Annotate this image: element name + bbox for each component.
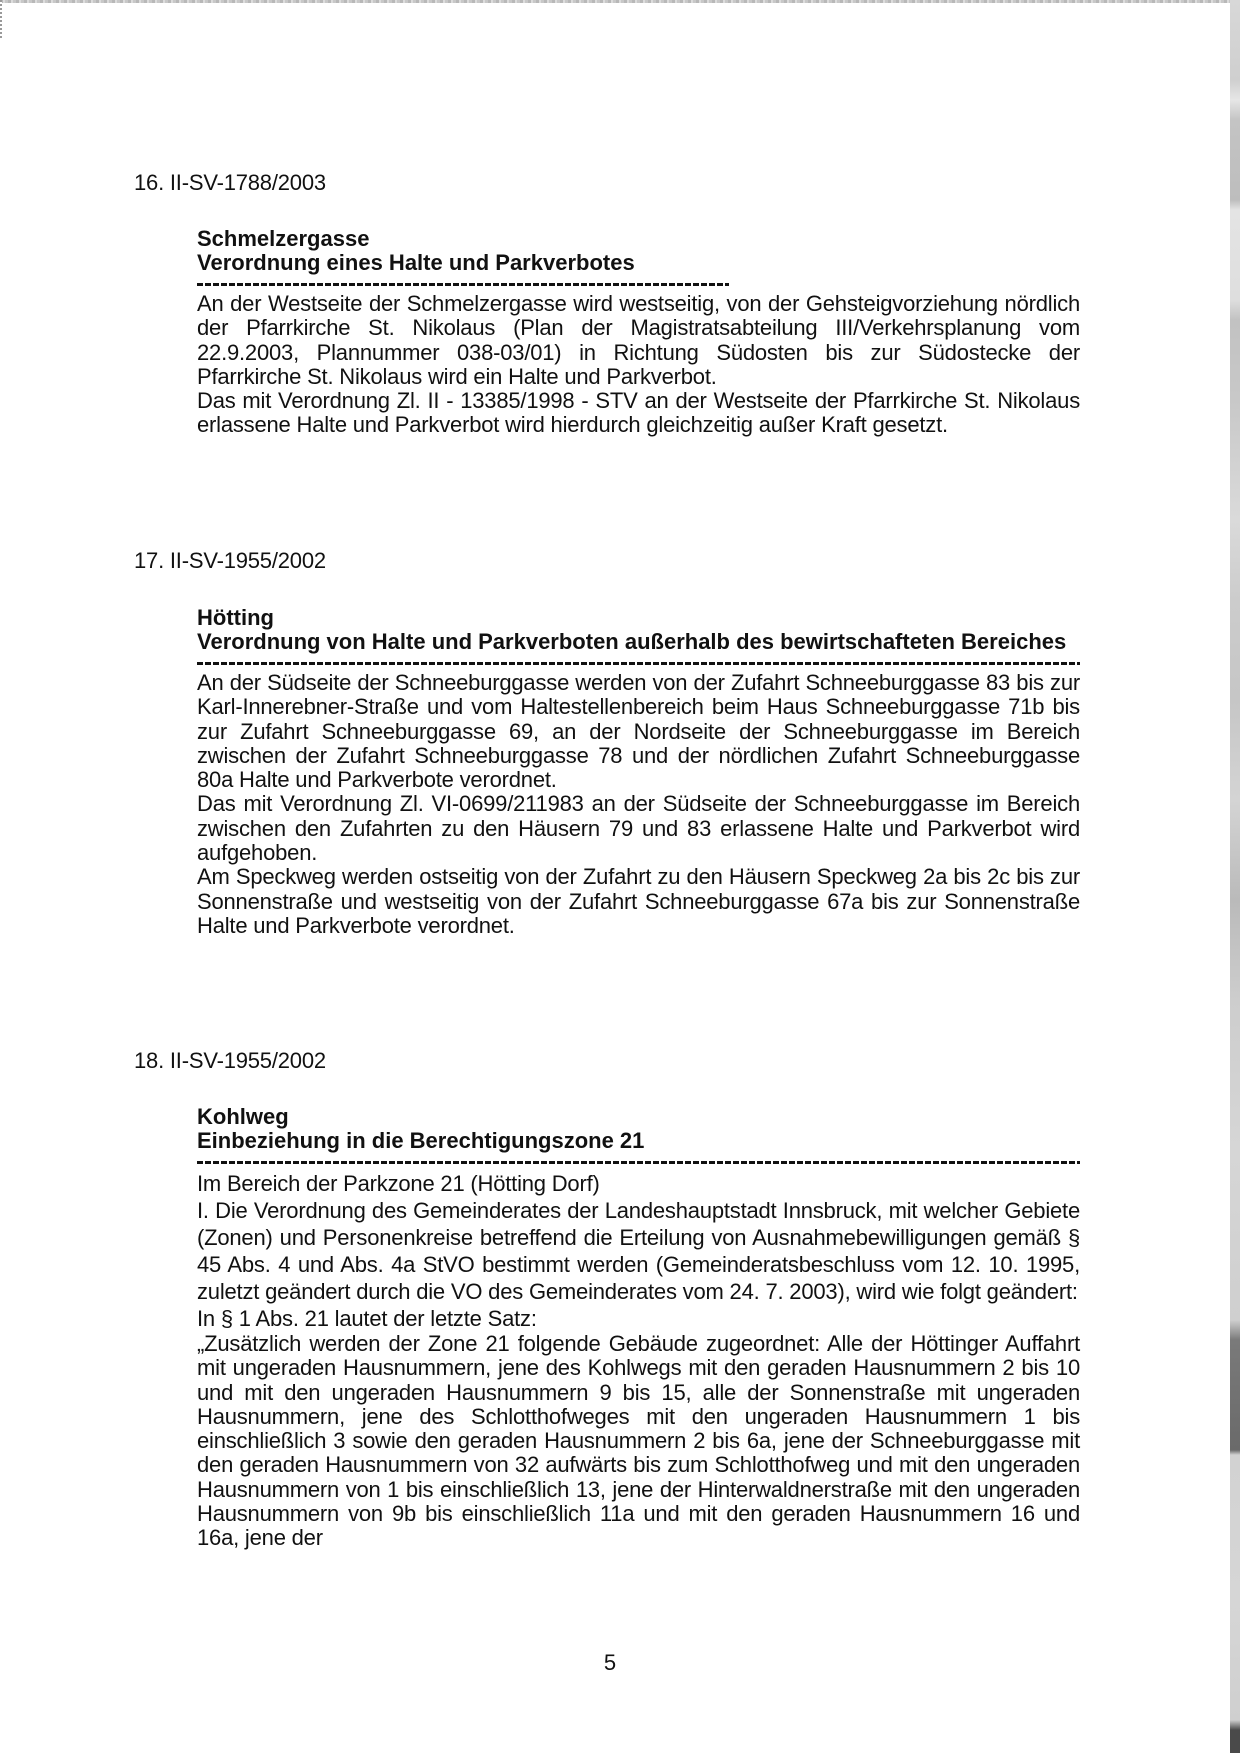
paragraph: Im Bereich der Parkzone 21 (Hötting Dorf… — [197, 1170, 1080, 1197]
item-body: Hötting Verordnung von Halte und Parkver… — [197, 606, 1080, 938]
dashed-separator — [197, 1161, 1080, 1164]
item-title-heading: Einbeziehung in die Berechtigungszone 21 — [197, 1129, 1080, 1153]
document-page: 16. II-SV-1788/2003 Schmelzergasse Veror… — [0, 0, 1240, 1753]
paragraph: An der Südseite der Schneeburggasse werd… — [197, 671, 1080, 792]
dashed-separator — [197, 283, 729, 286]
paragraph: Das mit Verordnung Zl. II - 13385/1998 -… — [197, 389, 1080, 438]
item-body: Kohlweg Einbeziehung in die Berechtigung… — [197, 1105, 1080, 1551]
item-title-heading: Verordnung von Halte und Parkverboten au… — [197, 630, 1080, 654]
paragraph: An der Westseite der Schmelzergasse wird… — [197, 292, 1080, 389]
dashed-separator — [197, 662, 1080, 665]
item-location-heading: Hötting — [197, 606, 1080, 630]
item-body: Schmelzergasse Verordnung eines Halte un… — [197, 227, 1080, 438]
agenda-item-17: 17. II-SV-1955/2002 Hötting Verordnung v… — [134, 548, 1080, 938]
paragraph: In § 1 Abs. 21 lautet der letzte Satz: — [197, 1305, 1080, 1332]
paragraph: „Zusätzlich werden der Zone 21 folgende … — [197, 1332, 1080, 1551]
paragraph: Das mit Verordnung Zl. VI-0699/211983 an… — [197, 792, 1080, 865]
agenda-item-18: 18. II-SV-1955/2002 Kohlweg Einbeziehung… — [134, 1048, 1080, 1551]
paragraph: I. Die Verordnung des Gemeinderates der … — [197, 1197, 1080, 1305]
page-number: 5 — [600, 1650, 620, 1676]
item-location-heading: Kohlweg — [197, 1105, 1080, 1129]
item-location-heading: Schmelzergasse — [197, 227, 1080, 251]
item-number: 18. II-SV-1955/2002 — [134, 1048, 1080, 1073]
item-number: 16. II-SV-1788/2003 — [134, 170, 1080, 195]
agenda-item-16: 16. II-SV-1788/2003 Schmelzergasse Veror… — [134, 170, 1080, 438]
item-title-heading: Verordnung eines Halte und Parkverbotes — [197, 251, 1080, 275]
item-number: 17. II-SV-1955/2002 — [134, 548, 1080, 573]
paragraph: Am Speckweg werden ostseitig von der Zuf… — [197, 865, 1080, 938]
